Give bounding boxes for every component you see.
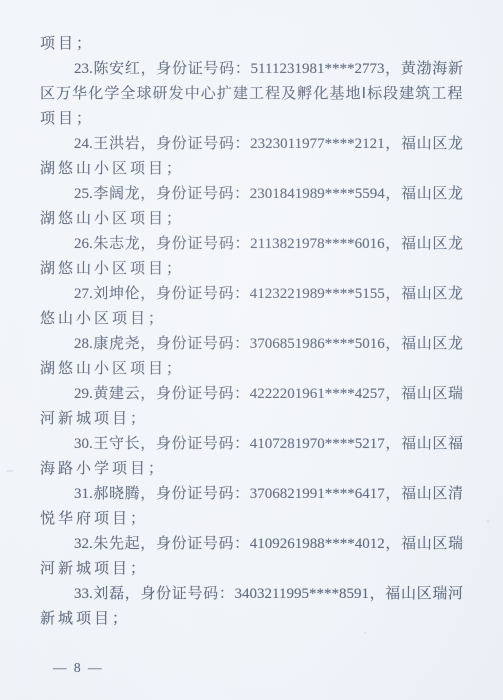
- text-line: 河新城项目；: [40, 407, 463, 432]
- text-line: 区万华化学全球研发中心扩建工程及孵化基地Ⅰ标段建筑工程: [40, 82, 463, 107]
- text-line: 32.朱先起，身份证号码：4109261988****4012，福山区瑞: [40, 532, 463, 557]
- text-line: 31.郝晓腾，身份证号码：3706821991****6417，福山区清: [40, 482, 463, 507]
- text-line: 湖悠山小区项目；: [40, 207, 463, 232]
- text-line: 悦华府项目；: [40, 507, 463, 532]
- scan-speck: [364, 632, 367, 634]
- text-line: 湖悠山小区项目；: [40, 257, 463, 282]
- text-line: 湖悠山小区项目；: [40, 157, 463, 182]
- text-line: 湖悠山小区项目；: [40, 357, 463, 382]
- text-line: 项目；: [40, 32, 463, 57]
- text-line: 河新城项目；: [40, 557, 463, 582]
- text-line: 29.黄建云，身份证号码：4222201961****4257，福山区瑞: [40, 382, 463, 407]
- text-line: 28.康虎尧，身份证号码：3706851986****5016，福山区龙: [40, 332, 463, 357]
- document-page: 项目；23.陈安红，身份证号码：5111231981****2773，黄渤海新区…: [0, 0, 503, 700]
- text-line: 24.王洪岩，身份证号码：2323011977****2121，福山区龙: [40, 132, 463, 157]
- scan-speck: [486, 520, 490, 523]
- text-line: 27.刘坤伦，身份证号码：4123221989****5155，福山区龙湖: [40, 282, 463, 307]
- text-line: 悠山小区项目；: [40, 307, 463, 332]
- text-line: 30.王守长，身份证号码：4107281970****5217，福山区福: [40, 432, 463, 457]
- text-line: 26.朱志龙，身份证号码：2113821978****6016，福山区龙: [40, 232, 463, 257]
- text-line: 项目；: [40, 107, 463, 132]
- text-line: 23.陈安红，身份证号码：5111231981****2773，黄渤海新: [40, 57, 463, 82]
- page-number: — 8 —: [53, 660, 104, 676]
- text-line: 33.刘磊，身份证号码：3403211995****8591，福山区瑞河: [40, 582, 463, 607]
- text-line: 新城项目；: [40, 607, 463, 632]
- scan-speck: [6, 470, 13, 472]
- document-body: 项目；23.陈安红，身份证号码：5111231981****2773，黄渤海新区…: [40, 32, 463, 632]
- text-line: 海路小学项目；: [40, 457, 463, 482]
- text-line: 25.李阔龙，身份证号码：2301841989****5594，福山区龙: [40, 182, 463, 207]
